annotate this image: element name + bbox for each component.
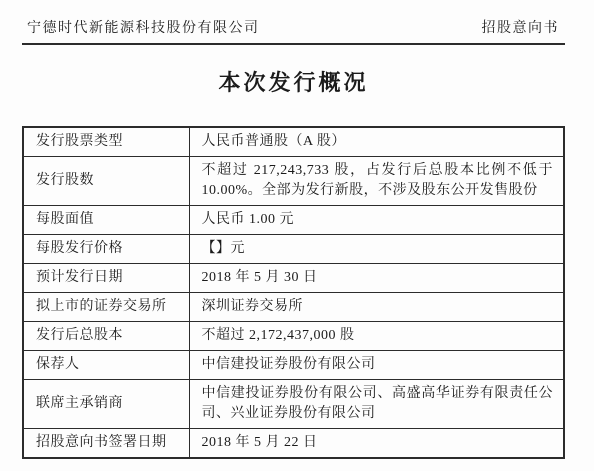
table-row: 每股面值 人民币 1.00 元 [23, 206, 564, 235]
row-value: 【】元 [189, 235, 564, 264]
row-label: 发行股票类型 [23, 127, 189, 157]
row-label: 每股面值 [23, 206, 189, 235]
prospectus-page: 宁德时代新能源科技股份有限公司 招股意向书 本次发行概况 发行股票类型 人民币普… [0, 0, 594, 459]
row-value: 中信建投证券股份有限公司 [189, 351, 564, 380]
row-label: 招股意向书签署日期 [23, 429, 189, 459]
company-name: 宁德时代新能源科技股份有限公司 [27, 20, 260, 38]
table-row: 保荐人 中信建投证券股份有限公司 [23, 351, 564, 380]
row-value: 人民币 1.00 元 [189, 206, 564, 235]
table-row: 发行股票类型 人民币普通股（A 股） [23, 127, 564, 157]
table-row: 联席主承销商 中信建投证券股份有限公司、高盛高华证券有限责任公司、兴业证券股份有… [23, 380, 564, 429]
document-type: 招股意向书 [482, 20, 560, 38]
row-label: 发行后总股本 [23, 322, 189, 351]
table-row: 拟上市的证券交易所 深圳证券交易所 [23, 293, 564, 322]
row-value: 人民币普通股（A 股） [189, 127, 564, 157]
row-value: 2018 年 5 月 30 日 [189, 264, 564, 293]
row-value: 不超过 217,243,733 股，占发行后总股本比例不低于 10.00%。全部… [189, 157, 564, 206]
table-row: 每股发行价格 【】元 [23, 235, 564, 264]
row-label: 拟上市的证券交易所 [23, 293, 189, 322]
table-row: 发行后总股本 不超过 2,172,437,000 股 [23, 322, 564, 351]
table-row: 发行股数 不超过 217,243,733 股，占发行后总股本比例不低于 10.0… [23, 157, 564, 206]
row-label: 保荐人 [23, 351, 189, 380]
row-value: 不超过 2,172,437,000 股 [189, 322, 564, 351]
row-label: 联席主承销商 [23, 380, 189, 429]
page-header: 宁德时代新能源科技股份有限公司 招股意向书 [22, 20, 565, 45]
row-value: 2018 年 5 月 22 日 [189, 429, 564, 459]
row-label: 发行股数 [23, 157, 189, 206]
row-label: 每股发行价格 [23, 235, 189, 264]
row-value: 深圳证券交易所 [189, 293, 564, 322]
row-value: 中信建投证券股份有限公司、高盛高华证券有限责任公司、兴业证券股份有限公司 [189, 380, 564, 429]
table-row: 预计发行日期 2018 年 5 月 30 日 [23, 264, 564, 293]
table-row: 招股意向书签署日期 2018 年 5 月 22 日 [23, 429, 564, 459]
issuance-overview-table: 发行股票类型 人民币普通股（A 股） 发行股数 不超过 217,243,733 … [22, 126, 565, 459]
row-label: 预计发行日期 [23, 264, 189, 293]
page-title: 本次发行概况 [22, 68, 565, 98]
